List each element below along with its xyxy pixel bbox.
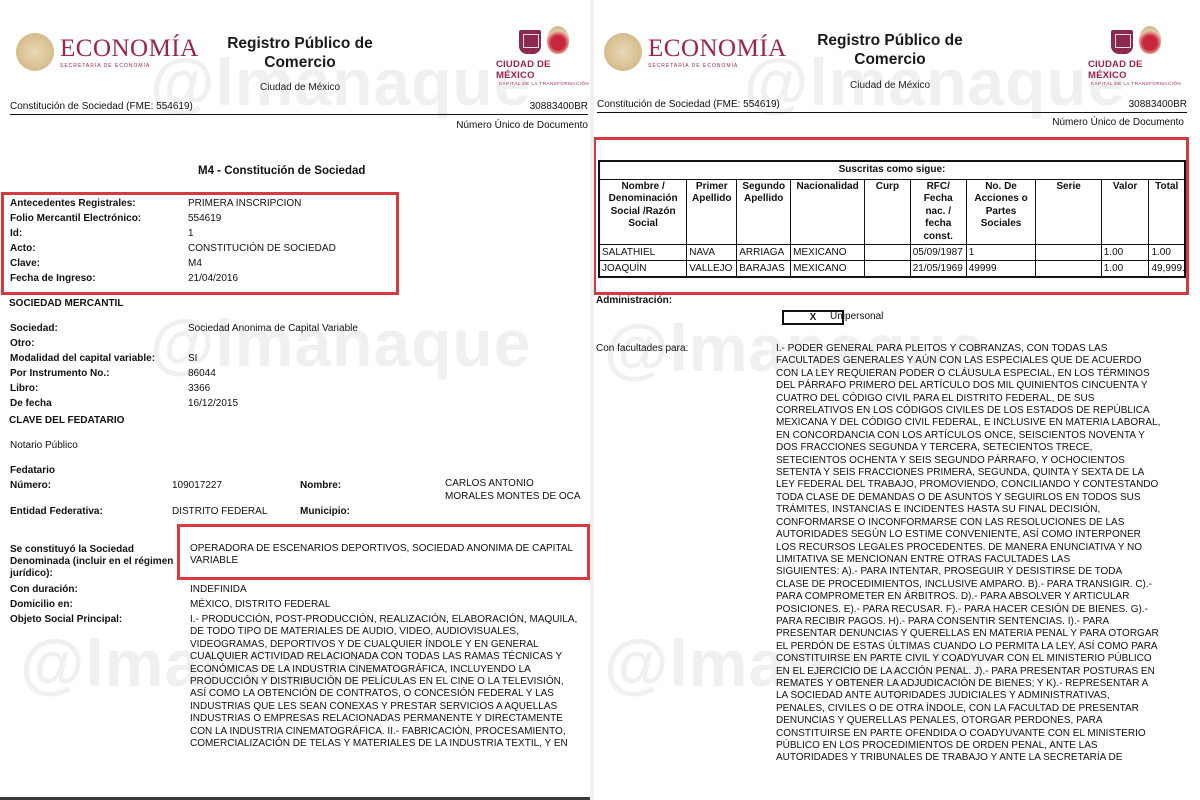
text-line: DE TODO TIPO DE MATERIALES DE AUDIO, VID… <box>190 626 590 638</box>
field-value: 16/12/2015 <box>188 396 238 411</box>
table-cell <box>1036 245 1101 261</box>
economia-logo-subtitle: SECRETARÍA DE ECONOMÍA <box>60 63 199 69</box>
text-line: PÚBLICO EN LOS PROCEDIMIENTOS DE ORDEN P… <box>776 740 1192 752</box>
denominacion-label-line3: jurídico): <box>10 568 173 580</box>
cdmx-shield-icon <box>1111 30 1133 54</box>
text-line: EN EL EJERCICIO DE LA ACCIÓN PENAL. J).-… <box>776 666 1192 678</box>
text-line: LEY FEDERAL DEL TRABAJO, PROMOVIENDO, CO… <box>776 479 1192 491</box>
document-meta-row: Constitución de Sociedad (FME: 554619) 3… <box>10 101 588 115</box>
nombre-value: CARLOS ANTONIO MORALES MONTES DE OCA <box>445 478 581 503</box>
document-number-label: Número Único de Documento <box>1052 117 1184 128</box>
field-label: Clave: <box>10 256 40 271</box>
text-line: TRÁMITES, INSTANCIAS E INCIDENTES HASTA … <box>776 504 1192 516</box>
nombre-value-line2: MORALES MONTES DE OCA <box>445 491 581 504</box>
document-title-line1: Registro Público de <box>200 34 400 53</box>
document-title-line2: Comercio <box>200 53 400 72</box>
text-line: ECONÓMICAS DE LA INDUSTRIA CINEMATOGRÁFI… <box>190 664 590 676</box>
text-line: FACULTADES GENERALES Y AÚN CON LAS ESPEC… <box>776 355 1192 367</box>
document-number: 30883400BR <box>1129 99 1187 110</box>
objeto-social-text: I.- PRODUCCIÓN, POST-PRODUCCIÓN, REALIZA… <box>190 614 590 750</box>
text-line: REMATES Y OBTENER LA ADJUDICACIÓN DE BIE… <box>776 678 1192 690</box>
text-line: AUTORIDADES SEGÚN LO ESTIME CONVENIENTE,… <box>776 529 1192 541</box>
text-line: INDUSTRIAS O EMPRESAS RELACIONADAS PERMA… <box>190 713 590 725</box>
text-line: PRESENTAR DENUNCIAS Y QUERELLAS EN MATER… <box>776 628 1192 640</box>
document-title: Registro Público de Comercio <box>790 31 990 69</box>
field-value: SI <box>188 351 197 366</box>
text-line: PARA RECIBIR PAGOS. H).- PARA CONSENTIR … <box>776 616 1192 628</box>
text-line: EN CONCORDANCIA CON LOS ARTÍCULOS ONCE, … <box>776 430 1192 442</box>
table-row: SALATHIELNAVAARRIAGAMEXICANO05/09/198711… <box>599 245 1185 261</box>
text-line: I.- PRODUCCIÓN, POST-PRODUCCIÓN, REALIZA… <box>190 614 590 626</box>
document-title: Registro Público de Comercio <box>200 34 400 72</box>
document-meta-row: Constitución de Sociedad (FME: 554619) 3… <box>597 99 1187 113</box>
denominacion-value-line2: VARIABLE <box>190 555 573 567</box>
table-cell: 21/05/1969 <box>910 261 966 278</box>
cdmx-logo: CIUDAD DE MÉXICO CAPITAL DE LA TRANSFORM… <box>496 26 591 86</box>
cdmx-logo-title: CIUDAD DE MÉXICO <box>496 59 591 81</box>
table-cell: 05/09/1987 <box>910 245 966 261</box>
table-cell: NAVA <box>687 245 737 261</box>
text-line: PENALES, CIVILES O DE OTRA ÍNDOLE, CON L… <box>776 703 1192 715</box>
duracion-label: Con duración: <box>10 582 78 597</box>
table-cell: JOAQUÍN <box>599 261 687 278</box>
column-header: Primer Apellido <box>687 179 737 245</box>
nombre-label: Nombre: <box>300 478 341 493</box>
cdmx-heart-icon <box>1139 26 1161 54</box>
domicilio-value: MÉXICO, DISTRITO FEDERAL <box>190 597 330 612</box>
column-header: RFC/ Fecha nac. / fecha const. <box>910 179 966 245</box>
numero-label: Número: <box>10 478 51 493</box>
entidad-label: Entidad Federativa: <box>10 504 103 519</box>
column-header: Segundo Apellido <box>737 179 791 245</box>
table-row: JOAQUÍNVALLEJOBARAJASMEXICANO21/05/19694… <box>599 261 1185 278</box>
text-line: CONFORMARSE O INCONFORMARSE CON LAS RESO… <box>776 517 1192 529</box>
text-line: SETENTA Y SEIS FRACCIONES PRIMERA, SEGUN… <box>776 467 1192 479</box>
field-value: 554619 <box>188 211 221 226</box>
text-line: LIMITATIVA SE MENCIONAN ENTRE OTRAS FACU… <box>776 554 1192 566</box>
text-line: CONSTITUIRSE EN PARTE CIVIL Y COADYUVAR … <box>776 653 1192 665</box>
text-line: AUTORIDADES Y TRIBUNALES DE TRABAJO Y AN… <box>776 752 1192 764</box>
field-label: Libro: <box>10 381 38 396</box>
text-line: INDUSTRIAS QUE LES SEAN CONEXAS Y PRESTA… <box>190 701 590 713</box>
table-cell <box>865 245 911 261</box>
text-line: CLASE DE PROCEDIMIENTOS, INCLUSIVE AMPAR… <box>776 579 1192 591</box>
field-label: Folio Mercantil Electrónico: <box>10 211 141 226</box>
field-label: Sociedad: <box>10 321 58 336</box>
table-cell: 1.00 <box>1149 245 1185 261</box>
text-line: DEL PÁRRAFO PRIMERO DEL ARTÍCULO DOS MIL… <box>776 380 1192 392</box>
field-value: 86044 <box>188 366 216 381</box>
form-title: M4 - Constitución de Sociedad <box>198 165 365 177</box>
table-cell: MEXICANO <box>791 245 865 261</box>
document-title-line1: Registro Público de <box>790 31 990 50</box>
field-value: 3366 <box>188 381 210 396</box>
fedatario-type: Notario Público <box>10 438 78 453</box>
text-line: VIDEOGRAMAS, DEPORTIVOS Y DE CUALQUIER Í… <box>190 639 590 651</box>
administracion-label: Administración: <box>596 293 672 308</box>
column-header: Nacionalidad <box>791 179 865 245</box>
text-line: I.- PODER GENERAL PARA PLEITOS Y COBRANZ… <box>776 343 1192 355</box>
field-label: Fecha de Ingreso: <box>10 271 96 286</box>
text-line: CON LA LEY REQUIERAN PODER O CLÁUSULA ES… <box>776 368 1192 380</box>
cdmx-logo-title: CIUDAD DE MÉXICO <box>1088 59 1184 81</box>
text-line: EL PERDÓN DE ESTAS ÚLTIMAS CUANDO LO PER… <box>776 641 1192 653</box>
denominacion-value: OPERADORA DE ESCENARIOS DEPORTIVOS, SOCI… <box>190 543 573 567</box>
text-line: POSICIONES. E).- PARA RECUSAR. F).- PARA… <box>776 604 1192 616</box>
mexico-seal-icon <box>16 33 54 71</box>
document-reference: Constitución de Sociedad (FME: 554619) <box>597 99 780 110</box>
table-cell: VALLEJO <box>687 261 737 278</box>
column-header: Serie <box>1036 179 1101 245</box>
document-city: Ciudad de México <box>260 82 340 93</box>
facultades-text: I.- PODER GENERAL PARA PLEITOS Y COBRANZ… <box>776 343 1192 765</box>
document-number-label: Número Único de Documento <box>456 120 588 131</box>
table-caption: Suscritas como sigue: <box>599 161 1185 179</box>
text-line: DENUNCIAS Y QUERELLAS PENALES, OTORGAR P… <box>776 715 1192 727</box>
denominacion-label-line1: Se constituyó la Sociedad <box>10 544 173 556</box>
text-line: CON LA INDUSTRIA CINEMATOGRÁFICA. II.- F… <box>190 726 590 738</box>
field-value: CONSTITUCIÓN DE SOCIEDAD <box>188 241 336 256</box>
objeto-label: Objeto Social Principal: <box>10 612 122 627</box>
table-cell: SALATHIEL <box>599 245 687 261</box>
field-value: M4 <box>188 256 202 271</box>
economia-logo-subtitle: SECRETARÍA DE ECONOMÍA <box>648 63 787 69</box>
table-cell: 1.00 <box>1101 261 1149 278</box>
table-cell: 1.00 <box>1101 245 1149 261</box>
cdmx-heart-icon <box>547 26 569 54</box>
nombre-value-line1: CARLOS ANTONIO <box>445 478 581 491</box>
table-cell: BARAJAS <box>737 261 791 278</box>
table-cell: 49,999. <box>1149 261 1185 278</box>
document-number: 30883400BR <box>530 101 588 112</box>
text-line: PRODUCCIÓN Y DISTRIBUCIÓN DE PELÍCULAS E… <box>190 676 590 688</box>
document-page-1: @lmanaque @lmanaque @lmanaque ECONOMÍA S… <box>0 0 591 800</box>
entidad-value: DISTRITO FEDERAL <box>172 504 267 519</box>
field-label: Modalidad del capital variable: <box>10 351 155 366</box>
text-line: LOS RECURSOS LEGALES PROCEDENTES. DE MAN… <box>776 542 1192 554</box>
field-value: PRIMERA INSCRIPCION <box>188 196 301 211</box>
text-line: MEXICANA Y DEL CÓDIGO CIVIL FEDERAL, E I… <box>776 417 1192 429</box>
column-header: No. De Acciones o Partes Sociales <box>966 179 1036 245</box>
economia-logo-title: ECONOMÍA <box>60 36 199 62</box>
facultades-label: Con facultades para: <box>596 341 688 356</box>
field-label: Id: <box>10 226 22 241</box>
text-line: CONSTITUIRSE EN PARTE OFENDIDA O COADYUV… <box>776 728 1192 740</box>
fedatario-heading: CLAVE DEL FEDATARIO <box>9 415 124 426</box>
denominacion-label: Se constituyó la Sociedad Denominada (in… <box>10 544 173 580</box>
column-header: Total <box>1149 179 1185 245</box>
shareholders-table: Suscritas como sigue: Nombre / Denominac… <box>598 160 1186 278</box>
field-label: Por Instrumento No.: <box>10 366 109 381</box>
fedatario-label: Fedatario <box>10 463 55 478</box>
sociedad-heading: SOCIEDAD MERCANTIL <box>9 298 123 309</box>
text-line: SIGUIENTES: A).- PARA INTENTAR, PROSEGUI… <box>776 566 1192 578</box>
numero-value: 109017227 <box>172 478 222 493</box>
text-line: CORRELATIVOS EN LOS CÓDIGOS CIVILES DE L… <box>776 405 1192 417</box>
economia-logo: ECONOMÍA SECRETARÍA DE ECONOMÍA <box>604 33 787 71</box>
text-line: TODA CLASE DE DEMANDAS O DE ASUNTOS Y SE… <box>776 492 1192 504</box>
field-label: Acto: <box>10 241 36 256</box>
economia-logo: ECONOMÍA SECRETARÍA DE ECONOMÍA <box>16 33 199 71</box>
denominacion-label-line2: Denominada (incluir en el régimen <box>10 556 173 568</box>
field-value: 1 <box>188 226 194 241</box>
field-value: 21/04/2016 <box>188 271 238 286</box>
domicilio-label: Domicilio en: <box>10 597 73 612</box>
field-label: De fecha <box>10 396 52 411</box>
text-line: PARA COMPROMETER EN ÁRBITROS. D).- PARA … <box>776 591 1192 603</box>
table-cell: ARRIAGA <box>737 245 791 261</box>
text-line: LA SOCIEDAD ANTE AUTORIDADES JUDICIALES … <box>776 690 1192 702</box>
unipersonal-label: Unipersonal <box>830 309 883 324</box>
document-title-line2: Comercio <box>790 50 990 69</box>
field-label: Otro: <box>10 336 34 351</box>
municipio-label: Municipio: <box>300 504 350 519</box>
mexico-seal-icon <box>604 33 642 71</box>
table-cell: 1 <box>966 245 1036 261</box>
column-header: Nombre / Denominación Social /Razón Soci… <box>599 179 687 245</box>
field-value: Sociedad Anonima de Capital Variable <box>188 321 358 336</box>
text-line: ASÍ COMO LA OBTENCIÓN DE CONTRATOS, O CO… <box>190 688 590 700</box>
column-header: Curp <box>865 179 911 245</box>
text-line: SETECIENTOS OCHENTA Y SEIS SEGUNDO PÁRRA… <box>776 455 1192 467</box>
document-page-2: @lmanaque @lmanaque @lmanaque ECONOMÍA S… <box>594 0 1200 800</box>
denominacion-value-line1: OPERADORA DE ESCENARIOS DEPORTIVOS, SOCI… <box>190 543 573 555</box>
text-line: CUALQUIER ACTIVIDAD RELACIONADA CON TODA… <box>190 651 590 663</box>
text-line: COMERCIALIZACIÓN DE TELAS Y MATERIALES D… <box>190 738 590 750</box>
duracion-value: INDEFINIDA <box>190 582 247 597</box>
table-cell: 49999 <box>966 261 1036 278</box>
table-cell: MEXICANO <box>791 261 865 278</box>
field-label: Antecedentes Registrales: <box>10 196 136 211</box>
text-line: CUATRO DEL CÓDIGO CIVIL PARA EL DISTRITO… <box>776 393 1192 405</box>
economia-logo-title: ECONOMÍA <box>648 36 787 62</box>
document-city: Ciudad de México <box>850 80 930 91</box>
cdmx-logo-subtitle: CAPITAL DE LA TRANSFORMACIÓN <box>499 81 589 86</box>
column-header: Valor <box>1101 179 1149 245</box>
table-cell <box>1036 261 1101 278</box>
text-line: DOS FRACCIONES SEGUNDA Y TERCERA, SETECI… <box>776 442 1192 454</box>
document-reference: Constitución de Sociedad (FME: 554619) <box>10 101 193 112</box>
table-cell <box>865 261 911 278</box>
cdmx-logo: CIUDAD DE MÉXICO CAPITAL DE LA TRANSFORM… <box>1088 26 1184 86</box>
cdmx-shield-icon <box>519 30 541 54</box>
cdmx-logo-subtitle: CAPITAL DE LA TRANSFORMACIÓN <box>1091 81 1181 86</box>
